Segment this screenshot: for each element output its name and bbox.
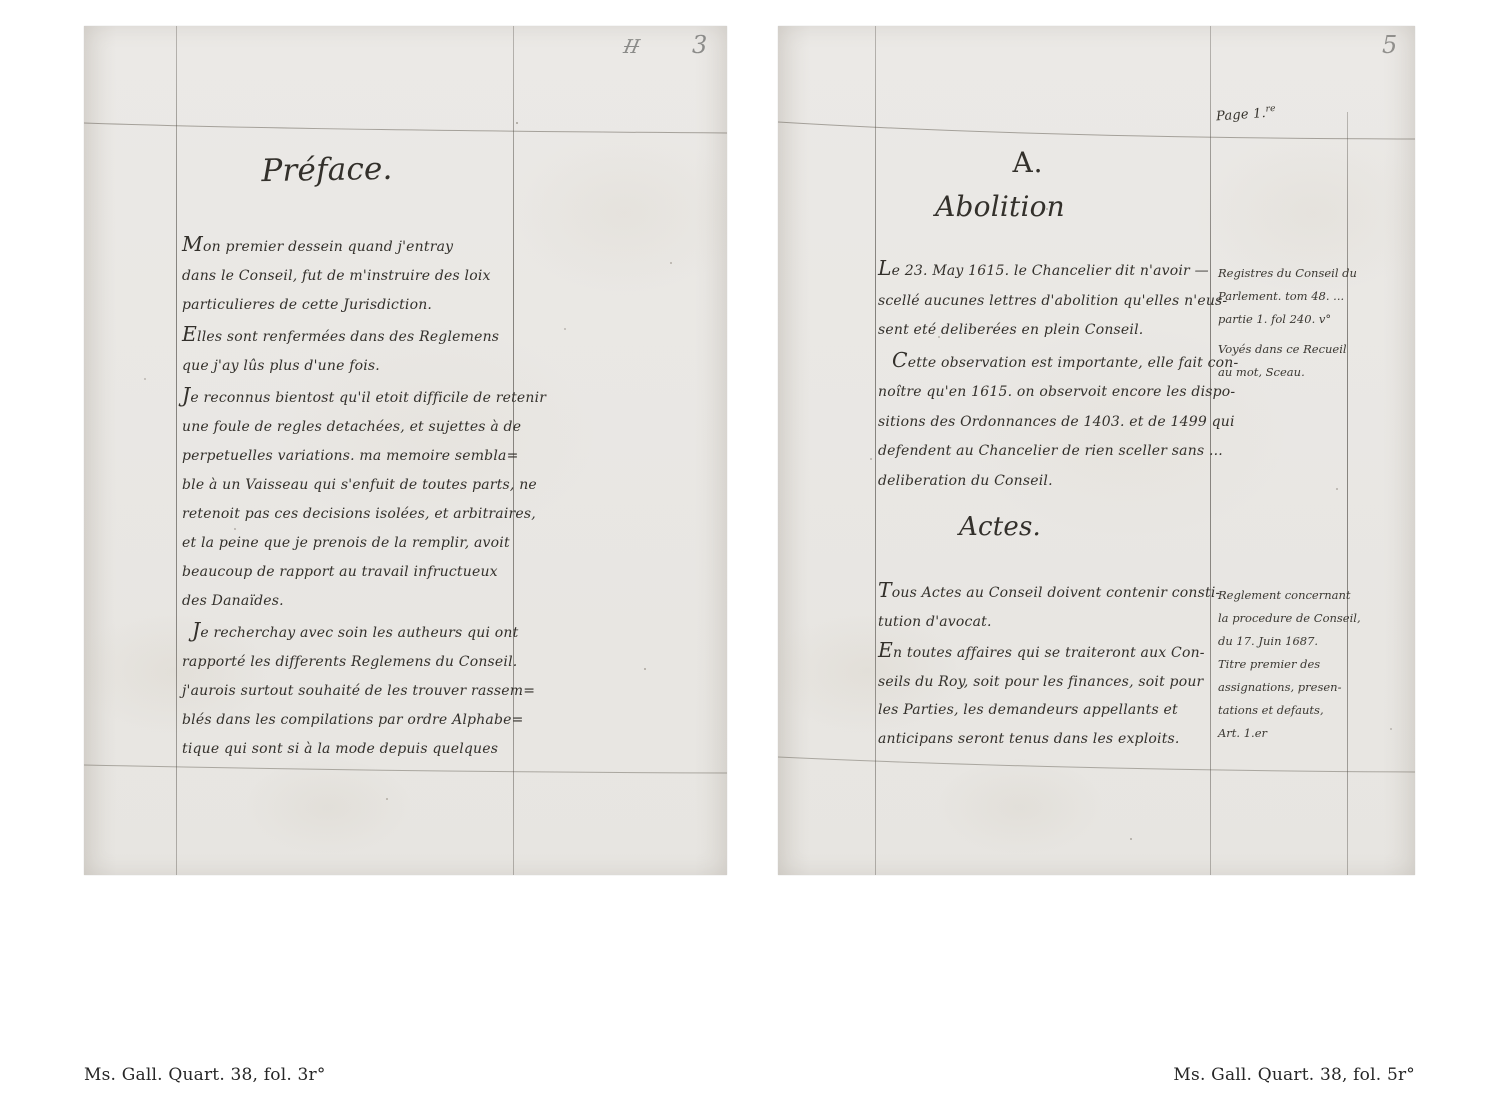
page-number: 3: [692, 31, 707, 59]
text-line: Art. 1.er: [1218, 722, 1378, 745]
entry-actes-text: Tous Actes au Conseil doivent contenir c…: [878, 576, 1210, 753]
manuscript-body-text: Mon premier dessein quand j'entraydans l…: [182, 230, 514, 764]
text-line: Je reconnus bientost qu'il etoit diffici…: [182, 381, 514, 413]
text-line: tution d'avocat.: [878, 608, 1210, 637]
text-line: des Danaïdes.: [182, 587, 514, 616]
text-line: Tous Actes au Conseil doivent contenir c…: [878, 576, 1210, 608]
shelfmark-caption-left: Ms. Gall. Quart. 38, fol. 3r°: [84, 1065, 326, 1085]
margin-note-titre: Titre premier desassignations, presen-ta…: [1218, 653, 1378, 745]
text-line: Mon premier dessein quand j'entray: [182, 230, 514, 262]
text-line: sent eté deliberées en plein Conseil.: [878, 316, 1210, 346]
text-line: Reglement concernant: [1218, 584, 1378, 607]
text-line: Titre premier des: [1218, 653, 1378, 676]
text-line: Elles sont renfermées dans des Reglemens: [182, 320, 514, 352]
paper-specks: [778, 26, 780, 28]
page-label: Page 1.re: [1216, 104, 1277, 124]
text-line: noître qu'en 1615. on observoit encore l…: [878, 378, 1210, 408]
margin-line-right: [1347, 112, 1348, 875]
text-line: ble à un Vaisseau qui s'enfuit de toutes…: [182, 471, 514, 500]
text-line: assignations, presen-: [1218, 676, 1378, 699]
text-line: retenoit pas ces decisions isolées, et a…: [182, 500, 514, 529]
index-letter-heading: A.: [878, 146, 1178, 179]
text-line: au mot, Sceau.: [1218, 361, 1378, 384]
text-line: sitions des Ordonnances de 1403. et de 1…: [878, 408, 1210, 438]
document-spread: { "colors": { "canvas_background": "#fff…: [0, 0, 1500, 1116]
text-line: Le 23. May 1615. le Chancelier dit n'avo…: [878, 254, 1210, 287]
text-line: j'aurois surtout souhaité de les trouver…: [182, 677, 514, 706]
quire-mark: II: [622, 36, 642, 58]
text-line: du 17. Juin 1687.: [1218, 630, 1378, 653]
paper-specks: [84, 26, 86, 28]
margin-note-crossreference: Voyés dans ce Recueilau mot, Sceau.: [1218, 338, 1378, 384]
text-line: blés dans les compilations par ordre Alp…: [182, 706, 514, 735]
text-line: scellé aucunes lettres d'abolition qu'el…: [878, 287, 1210, 317]
text-line: partie 1. fol 240. v°: [1218, 308, 1378, 331]
text-line: defendent au Chancelier de rien sceller …: [878, 437, 1210, 467]
text-line: dans le Conseil, fut de m'instruire des …: [182, 262, 514, 291]
page-label-text: Page 1.: [1216, 106, 1267, 124]
entry-title: Abolition: [850, 190, 1150, 223]
margin-note-reference: Registres du Conseil duParlement. tom 48…: [1218, 262, 1378, 331]
text-line: deliberation du Conseil.: [878, 467, 1210, 497]
page-heading: Préface.: [162, 149, 493, 191]
margin-line-left: [875, 26, 876, 875]
text-line: seils du Roy, soit pour les finances, so…: [878, 668, 1210, 697]
text-line: et la peine que je prenois de la remplir…: [182, 529, 514, 558]
section-title: Actes.: [850, 512, 1150, 542]
margin-note-reglement: Reglement concernantla procedure de Cons…: [1218, 584, 1378, 653]
page-number: 5: [1382, 31, 1397, 59]
text-line: En toutes affaires qui se traiteront aux…: [878, 636, 1210, 668]
text-line: Cette observation est importante, elle f…: [878, 346, 1210, 379]
margin-line-left: [176, 26, 177, 875]
text-line: Parlement. tom 48. ...: [1218, 285, 1378, 308]
scanned-page-left: II 3 Préface. Mon premier dessein quand …: [84, 26, 727, 875]
text-line: beaucoup de rapport au travail infructue…: [182, 558, 514, 587]
text-line: Je recherchay avec soin les autheurs qui…: [182, 616, 514, 648]
text-line: Registres du Conseil du: [1218, 262, 1378, 285]
text-line: la procedure de Conseil,: [1218, 607, 1378, 630]
text-line: que j'ay lûs plus d'une fois.: [182, 352, 514, 381]
entry-abolition-text: Le 23. May 1615. le Chancelier dit n'avo…: [878, 254, 1210, 496]
text-line: particulieres de cette Jurisdiction.: [182, 291, 514, 320]
text-line: Voyés dans ce Recueil: [1218, 338, 1378, 361]
page-label-suffix: re: [1265, 104, 1276, 115]
text-line: perpetuelles variations. ma memoire semb…: [182, 442, 514, 471]
shelfmark-caption-right: Ms. Gall. Quart. 38, fol. 5r°: [1173, 1065, 1415, 1085]
text-line: une foule de regles detachées, et sujett…: [182, 413, 514, 442]
text-line: anticipans seront tenus dans les exploit…: [878, 725, 1210, 754]
scanned-page-right: 5 Page 1.re A. Abolition Le 23. May 1615…: [778, 26, 1415, 875]
text-line: tique qui sont si à la mode depuis quelq…: [182, 735, 514, 764]
text-line: les Parties, les demandeurs appellants e…: [878, 696, 1210, 725]
text-line: tations et defauts,: [1218, 699, 1378, 722]
text-line: rapporté les differents Reglemens du Con…: [182, 648, 514, 677]
